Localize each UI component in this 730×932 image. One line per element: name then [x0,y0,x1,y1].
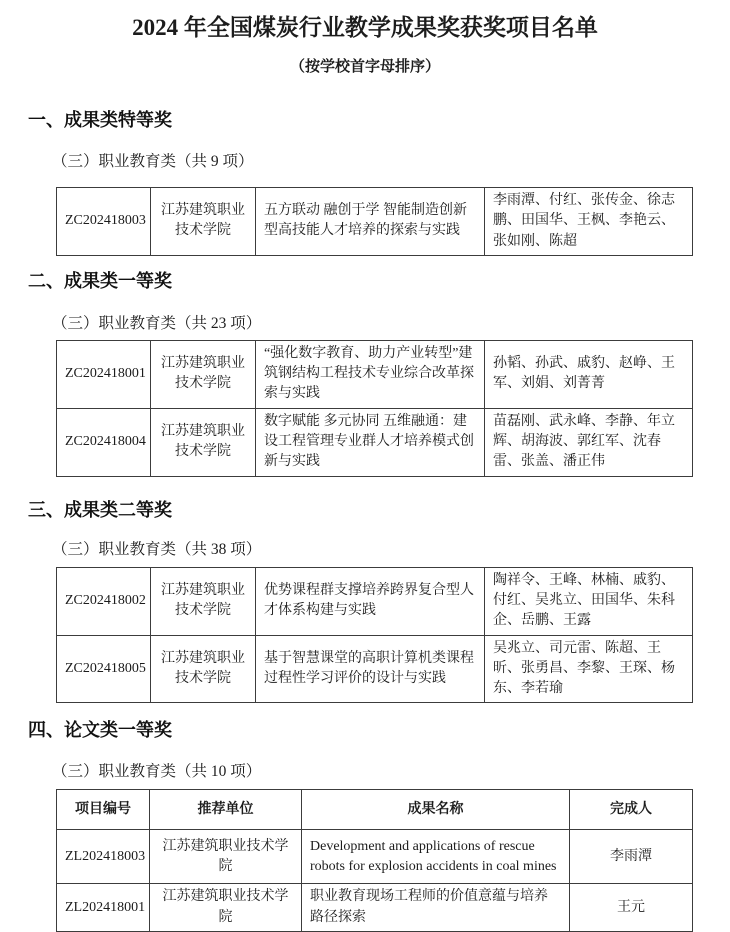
project-id-cell: ZC202418002 [57,567,151,635]
section-4-subheading: （三）职业教育类（共 10 项） [52,761,730,782]
section-3-subheading: （三）职业教育类（共 38 项） [52,539,730,560]
project-name-cell: Development and applications of rescue r… [302,830,570,884]
section-3-table: ZC202418002 江苏建筑职业技术学院 优势课程群支撑培养跨界复合型人才体… [56,567,693,704]
section-4-heading: 四、论文类一等奖 [28,719,730,742]
table-row: ZC202418003 江苏建筑职业技术学院 五方联动 融创于学 智能制造创新型… [57,188,693,256]
table-row: ZL202418001 江苏建筑职业技术学院 职业教育现场工程师的价值意蕴与培养… [57,884,693,932]
organization-cell: 江苏建筑职业技术学院 [151,635,256,703]
table-row: ZC202418005 江苏建筑职业技术学院 基于智慧课堂的高职计算机类课程过程… [57,635,693,703]
section-2-subheading: （三）职业教育类（共 23 项） [52,313,730,334]
project-name-cell: “强化数字教育、助力产业转型”建筑钢结构工程技术专业综合改革探索与实践 [256,340,485,408]
table-row: ZC202418004 江苏建筑职业技术学院 数字赋能 多元协同 五维融通：建设… [57,408,693,476]
project-id-cell: ZC202418001 [57,340,151,408]
organization-cell: 江苏建筑职业技术学院 [151,340,256,408]
section-1-subheading: （三）职业教育类（共 9 项） [52,151,730,172]
project-name-cell: 职业教育现场工程师的价值意蕴与培养路径探索 [302,884,570,932]
completers-cell: 孙韬、孙武、戚豹、赵峥、王军、刘娟、刘菁菁 [485,340,693,408]
col-header-project-id: 项目编号 [57,790,150,830]
col-header-completers: 完成人 [570,790,693,830]
project-id-cell: ZL202418001 [57,884,150,932]
table-row: ZC202418001 江苏建筑职业技术学院 “强化数字教育、助力产业转型”建筑… [57,340,693,408]
project-name-cell: 优势课程群支撑培养跨界复合型人才体系构建与实践 [256,567,485,635]
completers-cell: 陶祥令、王峰、林楠、戚豹、付红、吴兆立、田国华、朱科企、岳鹏、王露 [485,567,693,635]
organization-cell: 江苏建筑职业技术学院 [150,830,302,884]
organization-cell: 江苏建筑职业技术学院 [151,408,256,476]
table-header-row: 项目编号 推荐单位 成果名称 完成人 [57,790,693,830]
section-3-heading: 三、成果类二等奖 [28,499,730,522]
col-header-organization: 推荐单位 [150,790,302,830]
completers-cell: 李雨潭、付红、张传金、徐志鹏、田国华、王枫、李艳云、张如刚、陈超 [485,188,693,256]
project-id-cell: ZC202418005 [57,635,151,703]
section-1-heading: 一、成果类特等奖 [28,109,730,132]
completers-cell: 李雨潭 [570,830,693,884]
completers-cell: 苗磊刚、武永峰、李静、年立辉、胡海波、郭红军、沈春雷、张盖、潘正伟 [485,408,693,476]
project-id-cell: ZC202418003 [57,188,151,256]
project-name-cell: 基于智慧课堂的高职计算机类课程过程性学习评价的设计与实践 [256,635,485,703]
completers-cell: 吴兆立、司元雷、陈超、王昕、张勇昌、李黎、王琛、杨东、李若瑜 [485,635,693,703]
document-title: 2024 年全国煤炭行业教学成果奖获奖项目名单 [0,12,730,44]
project-id-cell: ZL202418003 [57,830,150,884]
col-header-project-name: 成果名称 [302,790,570,830]
organization-cell: 江苏建筑职业技术学院 [151,567,256,635]
project-name-cell: 五方联动 融创于学 智能制造创新型高技能人才培养的探索与实践 [256,188,485,256]
table-row: ZL202418003 江苏建筑职业技术学院 Development and a… [57,830,693,884]
section-2-heading: 二、成果类一等奖 [28,270,730,293]
table-row: ZC202418002 江苏建筑职业技术学院 优势课程群支撑培养跨界复合型人才体… [57,567,693,635]
project-id-cell: ZC202418004 [57,408,151,476]
completers-cell: 王元 [570,884,693,932]
section-1-table: ZC202418003 江苏建筑职业技术学院 五方联动 融创于学 智能制造创新型… [56,187,693,256]
organization-cell: 江苏建筑职业技术学院 [151,188,256,256]
project-name-cell: 数字赋能 多元协同 五维融通：建设工程管理专业群人才培养模式创新与实践 [256,408,485,476]
document-subtitle: （按学校首字母排序） [0,57,730,77]
organization-cell: 江苏建筑职业技术学院 [150,884,302,932]
document-page: 2024 年全国煤炭行业教学成果奖获奖项目名单 （按学校首字母排序） 一、成果类… [0,12,730,932]
section-4-table: 项目编号 推荐单位 成果名称 完成人 ZL202418003 江苏建筑职业技术学… [56,789,693,932]
section-2-table: ZC202418001 江苏建筑职业技术学院 “强化数字教育、助力产业转型”建筑… [56,340,693,477]
